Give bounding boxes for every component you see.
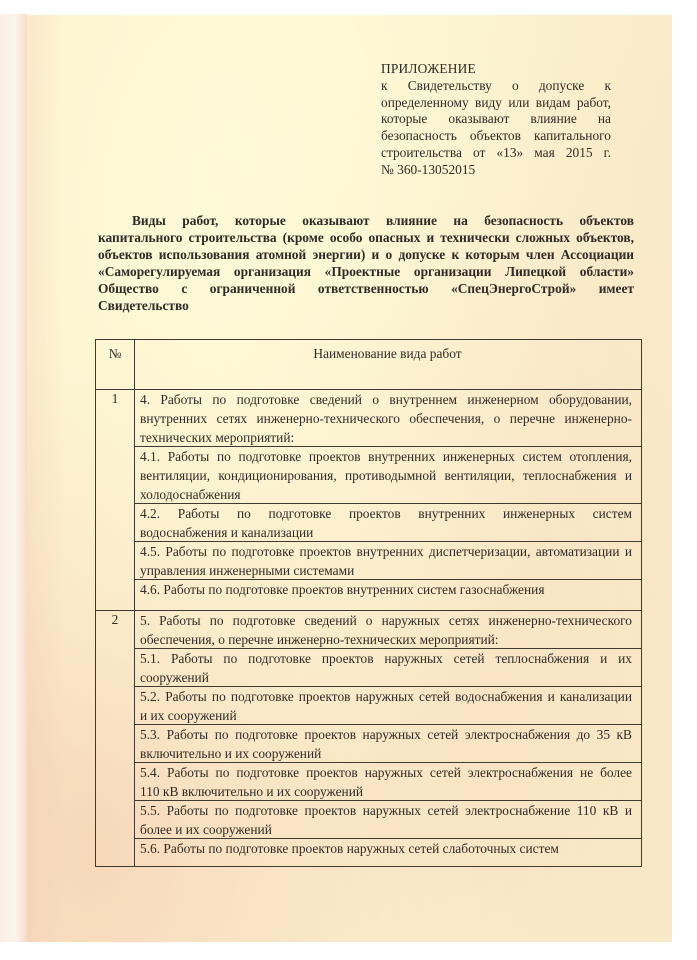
works-table: № Наименование вида работ 14. Работы по …	[95, 339, 642, 867]
scan-edge-strip	[0, 14, 27, 942]
text-line: 5. Работы по подготовке сведений о наруж…	[140, 611, 632, 630]
appendix-line: определенному виду или видам работ,	[381, 95, 611, 112]
intro-line: Общество с ограниченной ответственностью…	[98, 281, 634, 298]
text-line: 4. Работы по подготовке сведений о внутр…	[140, 390, 632, 409]
appendix-block: ПРИЛОЖЕНИЕ к Свидетельству о допуске к о…	[381, 61, 611, 179]
text-line: и их сооружений	[140, 706, 632, 725]
text-line: 5.2. Работы по подготовке проектов наруж…	[140, 687, 632, 706]
text-line: сооружений	[140, 668, 632, 687]
work-item: 5.3. Работы по подготовке проектов наруж…	[140, 725, 632, 763]
work-item: 5.6. Работы по подготовке проектов наруж…	[140, 839, 632, 858]
section-number: 2	[96, 612, 134, 628]
appendix-heading: ПРИЛОЖЕНИЕ	[381, 61, 611, 78]
section-title: 4. Работы по подготовке сведений о внутр…	[140, 390, 632, 447]
work-item: 4.2. Работы по подготовке проектов внутр…	[140, 504, 632, 542]
text-line: управления инженерными системами	[140, 561, 632, 580]
text-line: 5.6. Работы по подготовке проектов наруж…	[140, 839, 632, 858]
text-line: 5.3. Работы по подготовке проектов наруж…	[140, 725, 632, 744]
work-item: 5.4. Работы по подготовке проектов наруж…	[140, 763, 632, 801]
text-line: 4.2. Работы по подготовке проектов внутр…	[140, 504, 632, 523]
appendix-line: строительства от «13» мая 2015 г.	[381, 145, 611, 162]
text-line: обеспечения, о перечне инженерно-техниче…	[140, 630, 632, 649]
intro-line: Виды работ, которые оказывают влияние на…	[98, 213, 634, 230]
column-divider	[134, 340, 135, 866]
work-item: 5.2. Работы по подготовке проектов наруж…	[140, 687, 632, 725]
header-name: Наименование вида работ	[134, 346, 641, 362]
intro-line: объектов использования атомной энергии) …	[98, 247, 634, 264]
text-line: холодоснабжения	[140, 485, 632, 504]
text-line: 5.4. Работы по подготовке проектов наруж…	[140, 763, 632, 782]
text-line: 5.1. Работы по подготовке проектов наруж…	[140, 649, 632, 668]
text-line: 110 кВ включительно и их сооружений	[140, 782, 632, 801]
work-item: 4.5. Работы по подготовке проектов внутр…	[140, 542, 632, 580]
text-line: 4.6. Работы по подготовке проектов внутр…	[140, 580, 632, 599]
intro-line: капитального строительства (кроме особо …	[98, 230, 634, 247]
work-item: 5.1. Работы по подготовке проектов наруж…	[140, 649, 632, 687]
section-title: 5. Работы по подготовке сведений о наруж…	[140, 611, 632, 649]
text-line: 4.5. Работы по подготовке проектов внутр…	[140, 542, 632, 561]
text-line: 4.1. Работы по подготовке проектов внутр…	[140, 447, 632, 466]
intro-line: Свидетельство	[98, 298, 634, 315]
appendix-line: безопасность объектов капитального	[381, 128, 611, 145]
work-item: 4.6. Работы по подготовке проектов внутр…	[140, 580, 632, 599]
text-line: внутренних сетях инженерно-технического …	[140, 409, 632, 428]
work-item: 4.1. Работы по подготовке проектов внутр…	[140, 447, 632, 504]
text-line: технических мероприятий:	[140, 428, 632, 447]
header-number: №	[96, 346, 134, 362]
section-number: 1	[96, 391, 134, 407]
text-line: вентиляции, кондиционирования, противоды…	[140, 466, 632, 485]
text-line: более и их сооружений	[140, 820, 632, 839]
appendix-line: которые оказывают влияние на	[381, 111, 611, 128]
appendix-line: к Свидетельству о допуске к	[381, 78, 611, 95]
text-line: 5.5. Работы по подготовке проектов наруж…	[140, 801, 632, 820]
text-line: водоснабжения и канализации	[140, 523, 632, 542]
text-line: включительно и их сооружений	[140, 744, 632, 763]
certificate-number: № 360-13052015	[381, 162, 611, 179]
intro-line: «Саморегулируемая организация «Проектные…	[98, 264, 634, 281]
intro-paragraph: Виды работ, которые оказывают влияние на…	[98, 213, 634, 314]
work-item: 5.5. Работы по подготовке проектов наруж…	[140, 801, 632, 839]
